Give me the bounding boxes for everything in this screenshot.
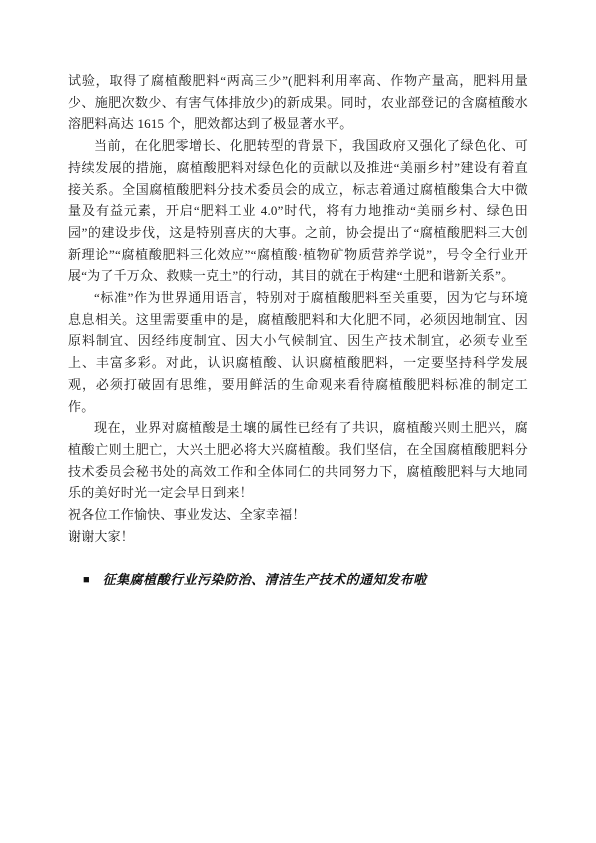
body-paragraph: 试验，取得了腐植酸肥料“两高三少”(肥料利用率高、作物产量高，肥料用量少、施肥次… <box>68 70 528 135</box>
closing-thanks-line: 谢谢大家！ <box>68 526 528 548</box>
document-body: 试验，取得了腐植酸肥料“两高三少”(肥料利用率高、作物产量高，肥料用量少、施肥次… <box>68 70 528 589</box>
body-paragraph: 当前，在化肥零增长、化肥转型的背景下，我国政府又强化了绿色化、可持续发展的措施，… <box>68 135 528 287</box>
body-paragraph: 现在，业界对腐植酸是土壤的属性已经有了共识，腐植酸兴则土肥兴，腐植酸亡则土肥亡，… <box>68 417 528 504</box>
notice-heading: ■ 征集腐植酸行业污染防治、清洁生产技术的通知发布啦 <box>68 571 528 589</box>
square-bullet-icon: ■ <box>83 575 90 586</box>
document-page: 试验，取得了腐植酸肥料“两高三少”(肥料利用率高、作物产量高，肥料用量少、施肥次… <box>0 0 596 843</box>
closing-wishes-line: 祝各位工作愉快、事业发达、全家幸福！ <box>68 504 528 526</box>
body-paragraph: “标准”作为世界通用语言，特别对于腐植酸肥料至关重要，因为它与环境息息相关。这里… <box>68 287 528 417</box>
notice-title: 征集腐植酸行业污染防治、清洁生产技术的通知发布啦 <box>103 571 427 589</box>
